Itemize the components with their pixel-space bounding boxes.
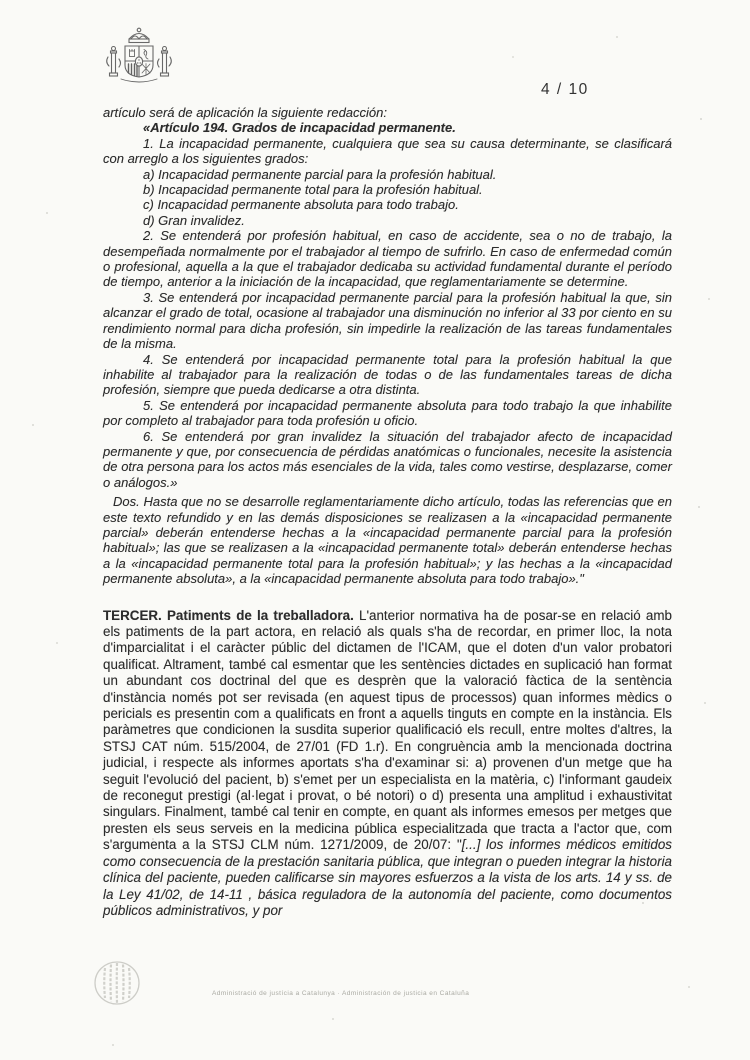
article-paragraph-6: 6. Se entenderá por gran invalidez la si…: [103, 429, 672, 491]
scanned-court-document-page: 4 / 10 artículo será de aplicación la si…: [0, 0, 750, 1060]
article-item-c: c) Incapacidad permanente absoluta para …: [103, 197, 672, 212]
article-item-d: d) Gran invalidez.: [103, 213, 672, 228]
article-item-b: b) Incapacidad permanente total para la …: [103, 182, 672, 197]
document-body: artículo será de aplicación la siguiente…: [103, 105, 672, 919]
tercer-heading: TERCER. Patiments de la treballadora.: [103, 608, 354, 623]
article-heading: «Artículo 194. Grados de incapacidad per…: [103, 120, 672, 135]
intro-line: artículo será de aplicación la siguiente…: [103, 105, 672, 120]
spain-coat-of-arms-icon: [104, 24, 174, 102]
article-paragraph-2: 2. Se entenderá por profesión habitual, …: [103, 228, 672, 290]
article-paragraph-4: 4. Se entenderá por incapacidad permanen…: [103, 352, 672, 398]
article-item-a: a) Incapacidad permanente parcial para l…: [103, 167, 672, 182]
justice-administration-stamp-icon: [92, 960, 142, 1008]
scan-noise: [0, 0, 2, 2]
article-paragraph-5: 5. Se entenderá por incapacidad permanen…: [103, 398, 672, 429]
footer-caption: Administració de justícia a Catalunya · …: [212, 990, 542, 997]
dos-paragraph: Dos. Hasta que no se desarrolle reglamen…: [103, 494, 672, 586]
page-number: 4 / 10: [541, 81, 589, 99]
tercer-body-text: L'anterior normativa ha de posar-se en r…: [103, 608, 672, 853]
tercer-paragraph: TERCER. Patiments de la treballadora. L'…: [103, 608, 672, 920]
article-paragraph-3: 3. Se entenderá por incapacidad permanen…: [103, 290, 672, 352]
article-paragraph-1: 1. La incapacidad permanente, cualquiera…: [103, 136, 672, 167]
